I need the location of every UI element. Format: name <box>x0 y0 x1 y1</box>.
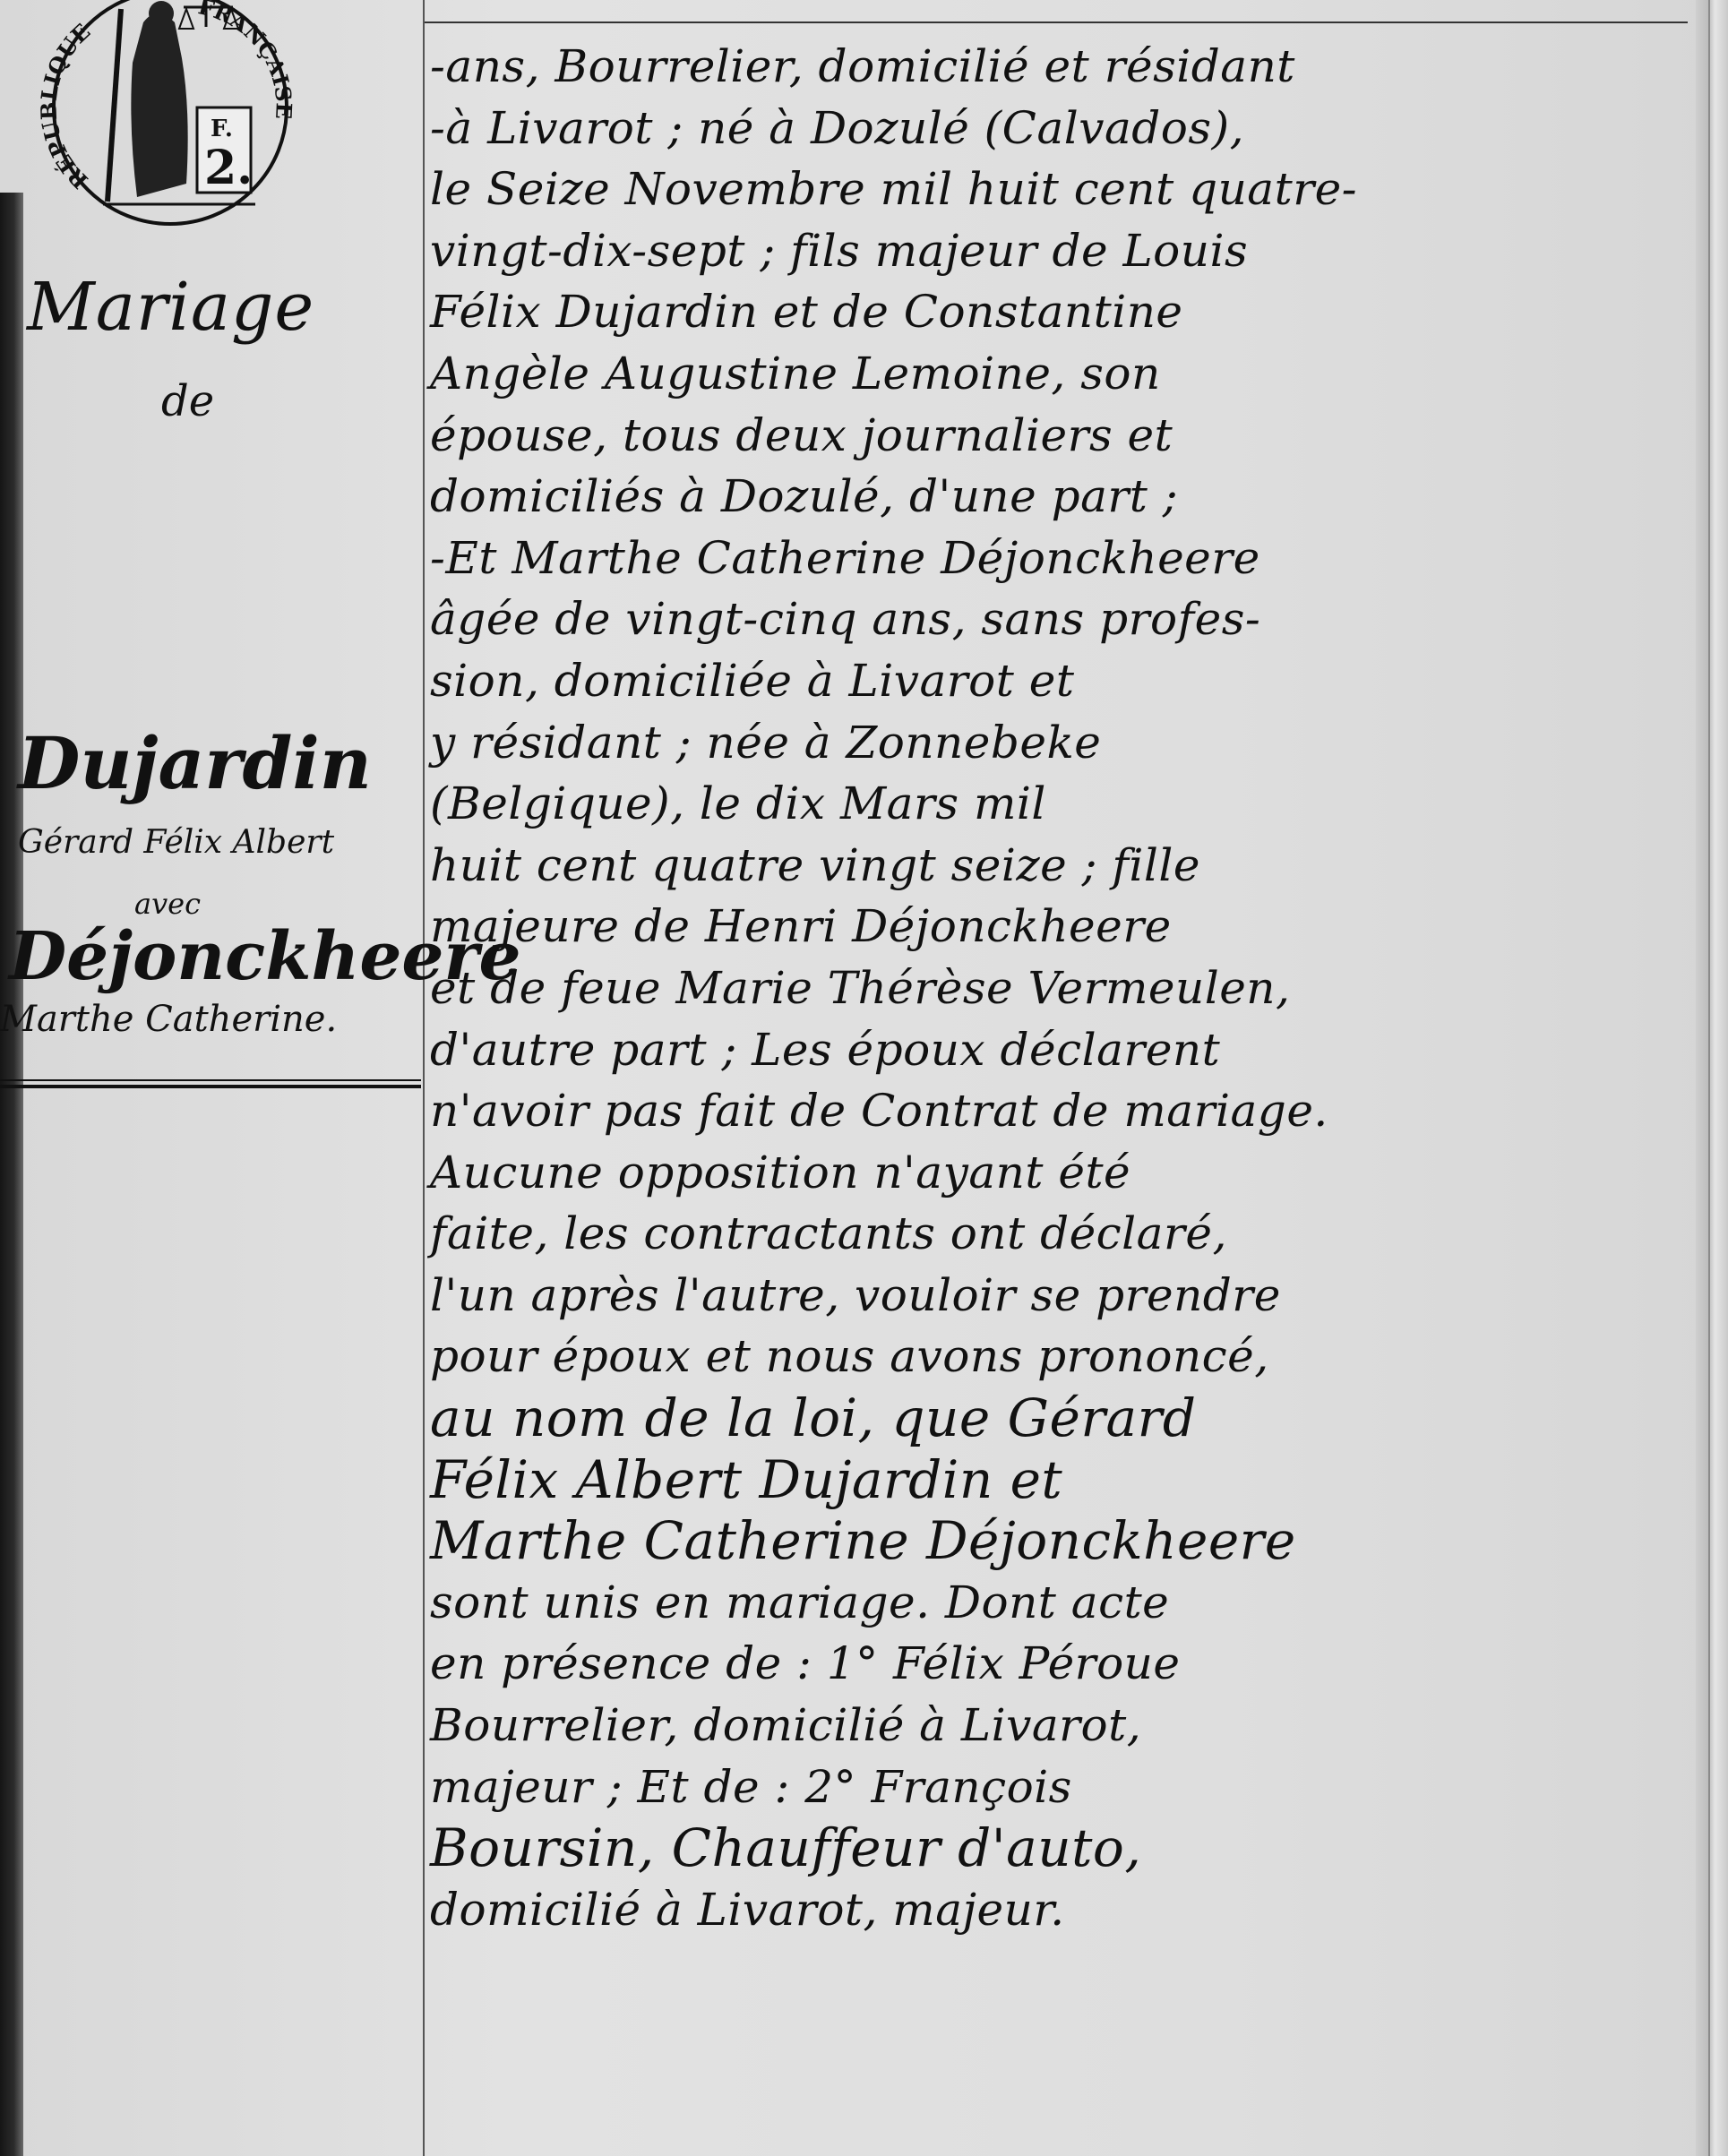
record-line: Bourrelier, domicilié à Livarot, <box>430 1695 1675 1757</box>
record-line: domiciliés à Dozulé, d'une part ; <box>430 466 1675 528</box>
record-line: et de feue Marie Thérèse Vermeulen, <box>430 958 1675 1019</box>
record-line: Marthe Catherine Déjonckheere <box>430 1510 1675 1572</box>
svg-text:FRANÇAISE: FRANÇAISE <box>196 0 297 120</box>
groom-given-names: Gérard Félix Albert <box>18 824 334 861</box>
record-line: pour époux et nous avons prononcé, <box>430 1326 1675 1387</box>
record-line: faite, les contractants ont déclaré, <box>430 1203 1675 1265</box>
margin-double-rule <box>0 1079 421 1088</box>
record-line: y résidant ; née à Zonnebeke <box>430 712 1675 774</box>
record-line: âgée de vingt-cinq ans, sans profes- <box>430 588 1675 650</box>
bride-given-names: Marthe Catherine. <box>0 999 337 1040</box>
column-divider <box>423 0 425 2156</box>
record-line: Félix Albert Dujardin et <box>430 1449 1675 1511</box>
record-line: d'autre part ; Les époux déclarent <box>430 1019 1675 1081</box>
margin-column: RÉPUBLIQUE FRANÇAISE F. 2. Mariage de Du… <box>0 0 423 2156</box>
record-line: domicilié à Livarot, majeur. <box>430 1879 1675 1941</box>
stamp-series: F. <box>211 116 233 142</box>
record-line: épouse, tous deux journaliers et <box>430 405 1675 467</box>
svg-text:RÉPUBLIQUE: RÉPUBLIQUE <box>36 18 95 193</box>
record-line: Aucune opposition n'ayant été <box>430 1142 1675 1204</box>
record-line: -ans, Bourrelier, domicilié et résidant <box>430 36 1675 98</box>
stamp-legend-right: FRANÇAISE <box>196 0 297 120</box>
record-line: (Belgique), le dix Mars mil <box>430 773 1675 835</box>
margin-de: de <box>161 376 214 426</box>
record-line: le Seize Novembre mil huit cent quatre- <box>430 159 1675 220</box>
document-page: RÉPUBLIQUE FRANÇAISE F. 2. Mariage de Du… <box>0 0 1728 2156</box>
record-line: n'avoir pas fait de Contrat de mariage. <box>430 1080 1675 1142</box>
stamp-value: 2. <box>204 141 253 195</box>
record-line: Angèle Augustine Lemoine, son <box>430 343 1675 405</box>
record-line: l'un après l'autre, vouloir se prendre <box>430 1265 1675 1327</box>
record-line: au nom de la loi, que Gérard <box>430 1387 1675 1449</box>
record-line: huit cent quatre vingt seize ; fille <box>430 835 1675 897</box>
record-line: Félix Dujardin et de Constantine <box>430 281 1675 343</box>
record-line: -Et Marthe Catherine Déjonckheere <box>430 528 1675 589</box>
record-line: Boursin, Chauffeur d'auto, <box>430 1817 1675 1879</box>
record-line: vingt-dix-sept ; fils majeur de Louis <box>430 220 1675 282</box>
page-gutter <box>1696 0 1728 2156</box>
record-line: sion, domiciliée à Livarot et <box>430 650 1675 712</box>
republique-francaise-stamp-icon: RÉPUBLIQUE FRANÇAISE F. 2. <box>36 0 305 242</box>
top-rule <box>425 21 1688 23</box>
record-body: -ans, Bourrelier, domicilié et résidant … <box>430 36 1675 1940</box>
record-line: en présence de : 1° Félix Péroue <box>430 1633 1675 1695</box>
record-line: majeur ; Et de : 2° François <box>430 1757 1675 1818</box>
record-line: majeure de Henri Déjonckheere <box>430 896 1675 958</box>
stamp-legend-left: RÉPUBLIQUE <box>36 18 95 193</box>
record-line: -à Livarot ; né à Dozulé (Calvados), <box>430 98 1675 159</box>
margin-title: Mariage <box>27 269 314 346</box>
groom-surname: Dujardin <box>18 721 372 805</box>
record-line: sont unis en mariage. Dont acte <box>430 1572 1675 1634</box>
margin-avec: avec <box>134 887 201 921</box>
